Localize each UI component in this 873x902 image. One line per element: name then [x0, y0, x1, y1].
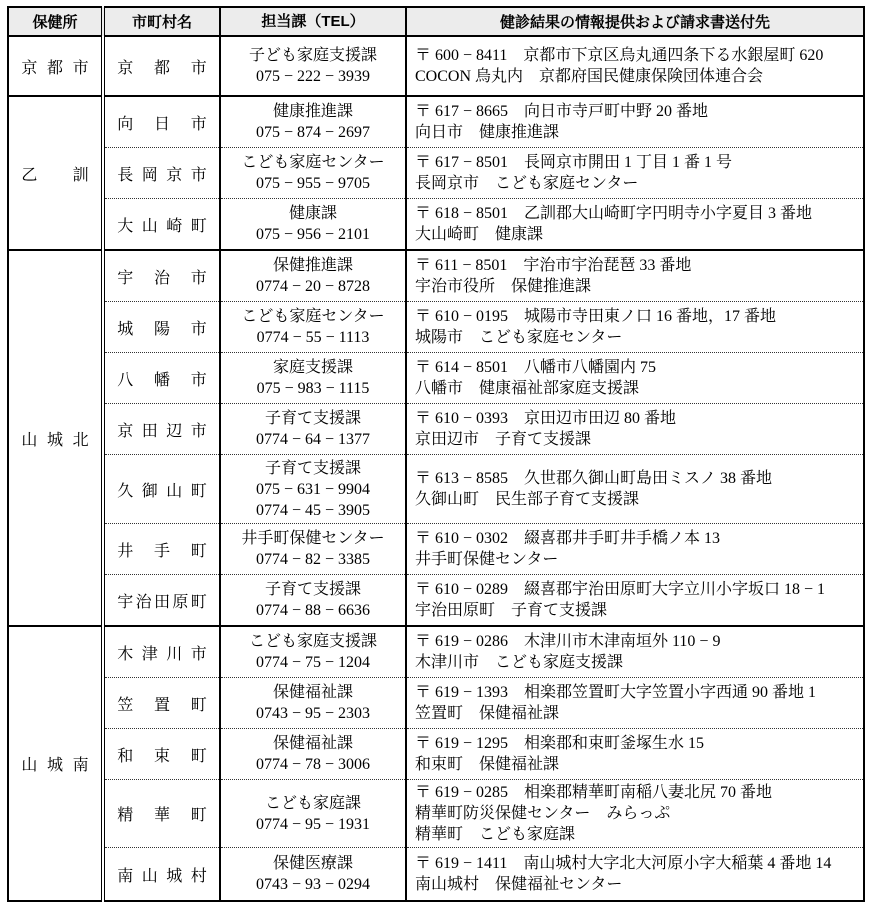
department-cell: 子育て支援課 0774 − 64 − 1377	[220, 404, 406, 455]
address-line-1: 〒 618 − 8501 乙訓郡大山崎町字円明寺小字夏目 3 番地	[415, 203, 857, 224]
health-center-group-label: 山城南	[21, 752, 88, 775]
department-name: こども家庭課	[221, 793, 405, 814]
municipality-cell: 久御山町	[103, 455, 220, 524]
health-center-group-label: 京都市	[21, 55, 88, 78]
address-line-2: 大山崎町 健康課	[415, 224, 857, 245]
department-name: 保健福祉課	[221, 733, 405, 754]
address-line-1: 〒 617 − 8501 長岡京市開田 1 丁目 1 番 1 号	[415, 152, 857, 173]
phone-number: 0774 − 88 − 6636	[221, 600, 405, 621]
address-cell: 〒 619 − 0286 木津川市木津南垣外 110 − 9 木津川市 こども家…	[406, 626, 864, 678]
department-cell: 保健福祉課 0743 − 95 − 2303	[220, 678, 406, 729]
address-cell: 〒 617 − 8501 長岡京市開田 1 丁目 1 番 1 号 長岡京市 こど…	[406, 148, 864, 199]
table-row: 京都市 京都市 子ども家庭支援課 075 − 222 − 3939 〒 600 …	[8, 36, 864, 96]
address-line-3: 精華町 こども家庭課	[415, 824, 857, 845]
address-line-2: 長岡京市 こども家庭センター	[415, 173, 857, 194]
health-center-group-cell: 山城南	[8, 626, 103, 901]
address-line-1: 〒 619 − 1411 南山城村大字北大河原小字大稲葉 4 番地 14	[415, 853, 857, 874]
health-center-contact-table: 保健所 市町村名 担当課（TEL） 健診結果の情報提供および請求書送付先 京都市…	[7, 6, 865, 902]
municipality-name: 和束町	[117, 743, 207, 766]
municipality-cell: 精華町	[103, 780, 220, 848]
department-name: 子育て支援課	[221, 458, 405, 479]
municipality-name: 八幡市	[117, 367, 207, 390]
phone-number: 075 − 956 − 2101	[221, 224, 405, 245]
address-cell: 〒 610 − 0289 綴喜郡宇治田原町大字立川小字坂口 18 − 1 宇治田…	[406, 575, 864, 627]
department-cell: 井手町保健センター 0774 − 82 − 3385	[220, 524, 406, 575]
department-name: 家庭支援課	[221, 357, 405, 378]
health-center-group-label: 乙訓	[21, 162, 88, 185]
address-line-1: 〒 610 − 0289 綴喜郡宇治田原町大字立川小字坂口 18 − 1	[415, 579, 857, 600]
municipality-name: 木津川市	[117, 641, 207, 664]
phone-number: 075 − 874 − 2697	[221, 122, 405, 143]
address-cell: 〒 618 − 8501 乙訓郡大山崎町字円明寺小字夏目 3 番地 大山崎町 健…	[406, 199, 864, 251]
department-name: 保健医療課	[221, 853, 405, 874]
address-line-1: 〒 617 − 8665 向日市寺戸町中野 20 番地	[415, 101, 857, 122]
department-name: 井手町保健センター	[221, 528, 405, 549]
address-line-2: 木津川市 こども家庭支援課	[415, 652, 857, 673]
address-line-1: 〒 610 − 0195 城陽市寺田東ノ口 16 番地，17 番地	[415, 306, 857, 327]
municipality-name: 向日市	[117, 111, 207, 134]
address-line-2: 井手町保健センター	[415, 549, 857, 570]
address-line-2: 南山城村 保健福祉センター	[415, 874, 857, 895]
address-cell: 〒 610 − 0195 城陽市寺田東ノ口 16 番地，17 番地 城陽市 こど…	[406, 302, 864, 353]
phone-number: 075 − 983 − 1115	[221, 378, 405, 399]
municipality-name: 宇治田原町	[117, 589, 207, 612]
municipality-name: 笠置町	[117, 692, 207, 715]
municipality-name: 京都市	[117, 55, 207, 78]
col-header-health-center: 保健所	[8, 7, 103, 36]
address-cell: 〒 611 − 8501 宇治市宇治琵琶 33 番地 宇治市役所 保健推進課	[406, 250, 864, 302]
department-cell: こども家庭センター 0774 − 55 − 1113	[220, 302, 406, 353]
municipality-name: 精華町	[117, 802, 207, 825]
table-row: 長岡京市 こども家庭センター 075 − 955 − 9705 〒 617 − …	[8, 148, 864, 199]
address-cell: 〒 619 − 1393 相楽郡笠置町大字笠置小字西通 90 番地 1 笠置町 …	[406, 678, 864, 729]
address-line-1: 〒 619 − 1393 相楽郡笠置町大字笠置小字西通 90 番地 1	[415, 682, 857, 703]
municipality-name: 宇治市	[117, 265, 207, 288]
phone-number: 0774 − 55 − 1113	[221, 327, 405, 348]
municipality-cell: 南山城村	[103, 848, 220, 902]
table-row: 精華町 こども家庭課 0774 − 95 − 1931 〒 619 − 0285…	[8, 780, 864, 848]
department-cell: 健康推進課 075 − 874 − 2697	[220, 96, 406, 148]
address-cell: 〒 610 − 0393 京田辺市田辺 80 番地 京田辺市 子育て支援課	[406, 404, 864, 455]
department-name: 子育て支援課	[221, 408, 405, 429]
address-line-2: COCON 烏丸内 京都府国民健康保険団体連合会	[415, 66, 857, 87]
municipality-cell: 城陽市	[103, 302, 220, 353]
address-line-1: 〒 600 − 8411 京都市下京区烏丸通四条下る水銀屋町 620	[415, 45, 857, 66]
municipality-cell: 宇治市	[103, 250, 220, 302]
municipality-name: 城陽市	[117, 316, 207, 339]
address-line-2: 京田辺市 子育て支援課	[415, 429, 857, 450]
department-name: 健康推進課	[221, 101, 405, 122]
col-header-address: 健診結果の情報提供および請求書送付先	[406, 7, 864, 36]
phone-number: 0743 − 93 − 0294	[221, 874, 405, 895]
municipality-cell: 笠置町	[103, 678, 220, 729]
table-row: 城陽市 こども家庭センター 0774 − 55 − 1113 〒 610 − 0…	[8, 302, 864, 353]
department-cell: 子ども家庭支援課 075 − 222 − 3939	[220, 36, 406, 96]
address-line-1: 〒 611 − 8501 宇治市宇治琵琶 33 番地	[415, 255, 857, 276]
department-name: こども家庭センター	[221, 306, 405, 327]
municipality-cell: 和束町	[103, 729, 220, 780]
department-name: 健康課	[221, 203, 405, 224]
col-header-municipality: 市町村名	[103, 7, 220, 36]
municipality-cell: 木津川市	[103, 626, 220, 678]
health-center-group-label: 山城北	[21, 427, 88, 450]
address-cell: 〒 619 − 0285 相楽郡精華町南稲八妻北尻 70 番地 精華町防災保健セ…	[406, 780, 864, 848]
phone-number: 075 − 222 − 3939	[221, 66, 405, 87]
address-cell: 〒 600 − 8411 京都市下京区烏丸通四条下る水銀屋町 620 COCON…	[406, 36, 864, 96]
col-header-department-tel: 担当課（TEL）	[220, 7, 406, 36]
department-cell: こども家庭センター 075 − 955 − 9705	[220, 148, 406, 199]
department-cell: 保健医療課 0743 − 93 − 0294	[220, 848, 406, 902]
table-row: 久御山町 子育て支援課 075 − 631 − 9904 0774 − 45 −…	[8, 455, 864, 524]
address-line-2: 笠置町 保健福祉課	[415, 703, 857, 724]
health-center-group-cell: 山城北	[8, 250, 103, 626]
municipality-name: 長岡京市	[117, 162, 207, 185]
department-cell: 保健福祉課 0774 − 78 − 3006	[220, 729, 406, 780]
phone-number-2: 0774 − 45 − 3905	[221, 500, 405, 521]
address-line-2: 向日市 健康推進課	[415, 122, 857, 143]
address-line-1: 〒 619 − 0286 木津川市木津南垣外 110 − 9	[415, 631, 857, 652]
department-cell: 保健推進課 0774 − 20 − 8728	[220, 250, 406, 302]
phone-number: 075 − 631 − 9904	[221, 479, 405, 500]
municipality-cell: 京田辺市	[103, 404, 220, 455]
phone-number: 0774 − 64 − 1377	[221, 429, 405, 450]
municipality-name: 久御山町	[117, 478, 207, 501]
table-row: 大山崎町 健康課 075 − 956 − 2101 〒 618 − 8501 乙…	[8, 199, 864, 251]
phone-number: 075 − 955 − 9705	[221, 173, 405, 194]
phone-number: 0774 − 20 − 8728	[221, 276, 405, 297]
phone-number: 0743 − 95 − 2303	[221, 703, 405, 724]
table-row: 南山城村 保健医療課 0743 − 93 − 0294 〒 619 − 1411…	[8, 848, 864, 902]
table-row: 京田辺市 子育て支援課 0774 − 64 − 1377 〒 610 − 039…	[8, 404, 864, 455]
address-line-1: 〒 610 − 0302 綴喜郡井手町井手橋ノ本 13	[415, 528, 857, 549]
address-line-2: 城陽市 こども家庭センター	[415, 327, 857, 348]
table-row: 山城南 木津川市 こども家庭支援課 0774 − 75 − 1204 〒 619…	[8, 626, 864, 678]
department-cell: 健康課 075 − 956 − 2101	[220, 199, 406, 251]
address-line-1: 〒 619 − 0285 相楽郡精華町南稲八妻北尻 70 番地	[415, 782, 857, 803]
phone-number: 0774 − 75 − 1204	[221, 652, 405, 673]
municipality-cell: 京都市	[103, 36, 220, 96]
table-row: 笠置町 保健福祉課 0743 − 95 − 2303 〒 619 − 1393 …	[8, 678, 864, 729]
address-line-2: 和束町 保健福祉課	[415, 754, 857, 775]
department-name: こども家庭センター	[221, 152, 405, 173]
address-line-2: 精華町防災保健センター みらっぷ	[415, 803, 857, 824]
municipality-name: 南山城村	[117, 863, 207, 886]
table-row: 和束町 保健福祉課 0774 − 78 − 3006 〒 619 − 1295 …	[8, 729, 864, 780]
document-sheet: 保健所 市町村名 担当課（TEL） 健診結果の情報提供および請求書送付先 京都市…	[7, 6, 865, 902]
municipality-cell: 大山崎町	[103, 199, 220, 251]
address-cell: 〒 610 − 0302 綴喜郡井手町井手橋ノ本 13 井手町保健センター	[406, 524, 864, 575]
municipality-cell: 長岡京市	[103, 148, 220, 199]
department-name: 保健推進課	[221, 255, 405, 276]
department-name: こども家庭支援課	[221, 631, 405, 652]
phone-number: 0774 − 78 − 3006	[221, 754, 405, 775]
address-line-1: 〒 614 − 8501 八幡市八幡園内 75	[415, 357, 857, 378]
address-cell: 〒 619 − 1411 南山城村大字北大河原小字大稲葉 4 番地 14 南山城…	[406, 848, 864, 902]
header-row: 保健所 市町村名 担当課（TEL） 健診結果の情報提供および請求書送付先	[8, 7, 864, 36]
address-cell: 〒 617 − 8665 向日市寺戸町中野 20 番地 向日市 健康推進課	[406, 96, 864, 148]
address-line-1: 〒 613 − 8585 久世郡久御山町島田ミスノ 38 番地	[415, 468, 857, 489]
health-center-group-cell: 乙訓	[8, 96, 103, 250]
table-row: 井手町 井手町保健センター 0774 − 82 − 3385 〒 610 − 0…	[8, 524, 864, 575]
address-line-2: 宇治田原町 子育て支援課	[415, 600, 857, 621]
municipality-cell: 井手町	[103, 524, 220, 575]
table-row: 乙訓 向日市 健康推進課 075 − 874 − 2697 〒 617 − 86…	[8, 96, 864, 148]
health-center-group-cell: 京都市	[8, 36, 103, 96]
department-cell: 子育て支援課 075 − 631 − 9904 0774 − 45 − 3905	[220, 455, 406, 524]
municipality-cell: 宇治田原町	[103, 575, 220, 627]
municipality-name: 京田辺市	[117, 418, 207, 441]
address-line-2: 宇治市役所 保健推進課	[415, 276, 857, 297]
department-cell: こども家庭支援課 0774 − 75 − 1204	[220, 626, 406, 678]
municipality-cell: 八幡市	[103, 353, 220, 404]
department-cell: 家庭支援課 075 − 983 − 1115	[220, 353, 406, 404]
phone-number: 0774 − 95 − 1931	[221, 814, 405, 835]
address-line-2: 久御山町 民生部子育て支援課	[415, 489, 857, 510]
department-cell: 子育て支援課 0774 − 88 − 6636	[220, 575, 406, 627]
address-line-1: 〒 610 − 0393 京田辺市田辺 80 番地	[415, 408, 857, 429]
phone-number: 0774 − 82 − 3385	[221, 549, 405, 570]
municipality-name: 大山崎町	[117, 213, 207, 236]
department-name: 保健福祉課	[221, 682, 405, 703]
department-name: 子育て支援課	[221, 579, 405, 600]
department-name: 子ども家庭支援課	[221, 45, 405, 66]
address-cell: 〒 613 − 8585 久世郡久御山町島田ミスノ 38 番地 久御山町 民生部…	[406, 455, 864, 524]
municipality-name: 井手町	[117, 538, 207, 561]
address-line-1: 〒 619 − 1295 相楽郡和束町釜塚生水 15	[415, 733, 857, 754]
department-cell: こども家庭課 0774 − 95 − 1931	[220, 780, 406, 848]
table-row: 山城北 宇治市 保健推進課 0774 − 20 − 8728 〒 611 − 8…	[8, 250, 864, 302]
table-row: 八幡市 家庭支援課 075 − 983 − 1115 〒 614 − 8501 …	[8, 353, 864, 404]
address-cell: 〒 614 − 8501 八幡市八幡園内 75 八幡市 健康福祉部家庭支援課	[406, 353, 864, 404]
address-line-2: 八幡市 健康福祉部家庭支援課	[415, 378, 857, 399]
municipality-cell: 向日市	[103, 96, 220, 148]
address-cell: 〒 619 − 1295 相楽郡和束町釜塚生水 15 和束町 保健福祉課	[406, 729, 864, 780]
table-row: 宇治田原町 子育て支援課 0774 − 88 − 6636 〒 610 − 02…	[8, 575, 864, 627]
